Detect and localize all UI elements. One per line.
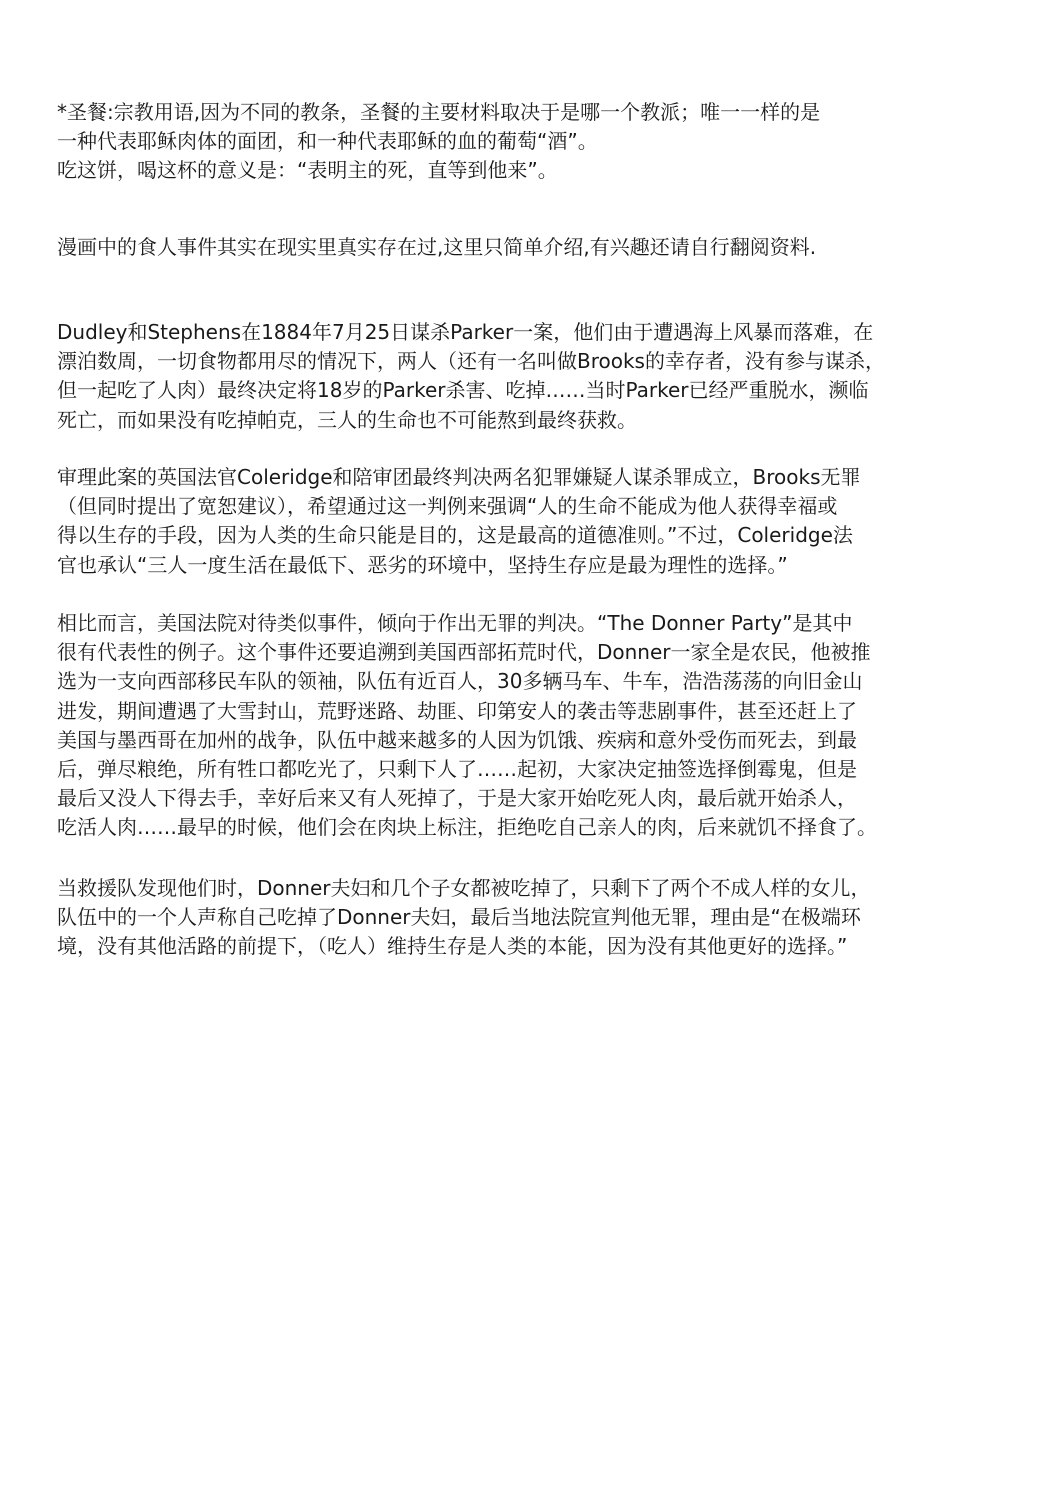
- paragraph-donner-party: 相比而言，美国法院对待类似事件，倾向于作出无罪的判决。“The Donner P…: [57, 609, 1047, 843]
- paragraph-communion-note: *圣餐:宗教用语,因为不同的教条，圣餐的主要材料取决于是哪一个教派；唯一一样的是…: [57, 98, 1047, 186]
- text-line: 后，弹尽粮绝，所有牲口都吃光了，只剩下人了……起初，大家决定抽签选择倒霉鬼，但是: [57, 755, 1047, 784]
- text-line: （但同时提出了宽恕建议），希望通过这一判例来强调“人的生命不能成为他人获得幸福或: [57, 492, 1047, 521]
- text-line: 队伍中的一个人声称自己吃掉了Donner夫妇，最后当地法院宣判他无罪，理由是“在…: [57, 903, 1047, 932]
- document-page: *圣餐:宗教用语,因为不同的教条，圣餐的主要材料取决于是哪一个教派；唯一一样的是…: [0, 0, 1055, 1500]
- text-line: 吃这饼，喝这杯的意义是：“表明主的死，直等到他来”。: [57, 156, 1047, 185]
- text-line: 当救援队发现他们时，Donner夫妇和几个子女都被吃掉了，只剩下了两个不成人样的…: [57, 874, 1047, 903]
- text-line: 进发，期间遭遇了大雪封山，荒野迷路、劫匪、印第安人的袭击等悲剧事件，甚至还赶上了: [57, 697, 1047, 726]
- text-line: 选为一支向西部移民车队的领袖，队伍有近百人，30多辆马车、牛车，浩浩荡荡的向旧金…: [57, 667, 1047, 696]
- text-line: 漂泊数周，一切食物都用尽的情况下，两人（还有一名叫做Brooks的幸存者，没有参…: [57, 347, 1047, 376]
- paragraph-dudley-stephens: Dudley和Stephens在1884年7月25日谋杀Parker一案，他们由…: [57, 318, 1047, 435]
- text-line: 吃活人肉……最早的时候，他们会在肉块上标注，拒绝吃自己亲人的肉，后来就饥不择食了…: [57, 813, 1047, 842]
- text-line: 最后又没人下得去手，幸好后来又有人死掉了，于是大家开始吃死人肉，最后就开始杀人，: [57, 784, 1047, 813]
- text-line: *圣餐:宗教用语,因为不同的教条，圣餐的主要材料取决于是哪一个教派；唯一一样的是: [57, 98, 1047, 127]
- text-line: Dudley和Stephens在1884年7月25日谋杀Parker一案，他们由…: [57, 318, 1047, 347]
- paragraph-coleridge-ruling: 审理此案的英国法官Coleridge和陪审团最终判决两名犯罪嫌疑人谋杀罪成立，B…: [57, 463, 1047, 580]
- text-line: 但一起吃了人肉）最终决定将18岁的Parker杀害、吃掉……当时Parker已经…: [57, 376, 1047, 405]
- text-line: 一种代表耶稣肉体的面团，和一种代表耶稣的血的葡萄“酒”。: [57, 127, 1047, 156]
- text-line: 审理此案的英国法官Coleridge和陪审团最终判决两名犯罪嫌疑人谋杀罪成立，B…: [57, 463, 1047, 492]
- text-line: 漫画中的食人事件其实在现实里真实存在过,这里只简单介绍,有兴趣还请自行翻阅资料.: [57, 233, 1047, 262]
- text-line: 官也承认“三人一度生活在最低下、恶劣的环境中，坚持生存应是最为理性的选择。”: [57, 551, 1047, 580]
- text-line: 境，没有其他活路的前提下，（吃人）维持生存是人类的本能，因为没有其他更好的选择。…: [57, 932, 1047, 961]
- text-line: 得以生存的手段，因为人类的生命只能是目的，这是最高的道德准则。”不过，Coler…: [57, 521, 1047, 550]
- text-line: 相比而言，美国法院对待类似事件，倾向于作出无罪的判决。“The Donner P…: [57, 609, 1047, 638]
- text-line: 很有代表性的例子。这个事件还要追溯到美国西部拓荒时代，Donner一家全是农民，…: [57, 638, 1047, 667]
- paragraph-intro: 漫画中的食人事件其实在现实里真实存在过,这里只简单介绍,有兴趣还请自行翻阅资料.: [57, 233, 1047, 262]
- paragraph-rescue: 当救援队发现他们时，Donner夫妇和几个子女都被吃掉了，只剩下了两个不成人样的…: [57, 874, 1047, 962]
- text-line: 美国与墨西哥在加州的战争，队伍中越来越多的人因为饥饿、疾病和意外受伤而死去，到最: [57, 726, 1047, 755]
- text-line: 死亡，而如果没有吃掉帕克，三人的生命也不可能熬到最终获救。: [57, 406, 1047, 435]
